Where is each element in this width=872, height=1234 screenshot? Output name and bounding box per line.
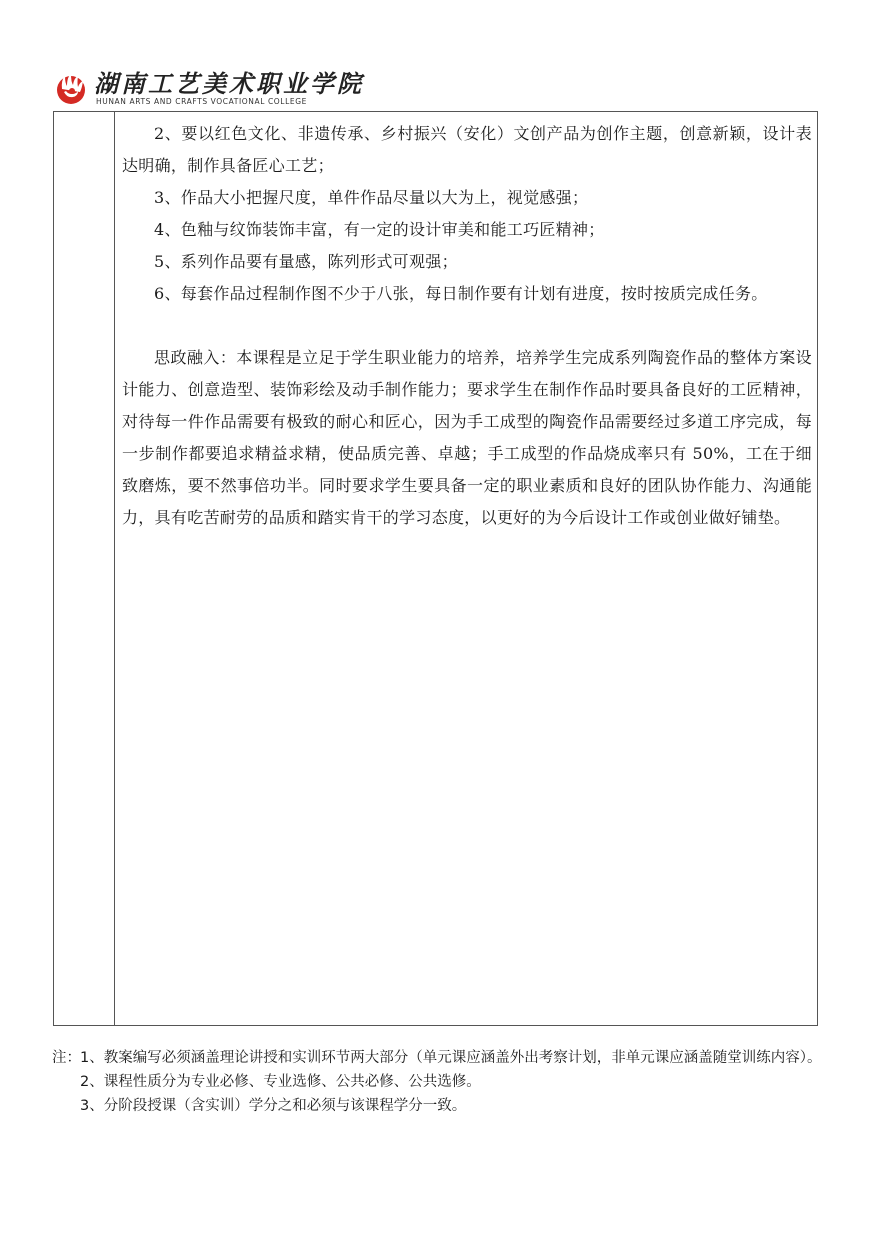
college-logo-icon — [54, 71, 88, 105]
note-row-1: 注： 1、教案编写必须涵盖理论讲授和实训环节两大部分（单元课应涵盖外出考察计划，… — [52, 1046, 827, 1070]
note-item-2: 2、课程性质分为专业必修、专业选修、公共必修、公共选修。 — [80, 1070, 827, 1094]
college-name-cn: 湖南工艺美术职业学院 — [94, 71, 364, 97]
table-label-cell — [54, 112, 115, 1025]
footnotes: 注： 1、教案编写必须涵盖理论讲授和实训环节两大部分（单元课应涵盖外出考察计划，… — [52, 1046, 827, 1118]
requirement-item-6: 6、每套作品过程制作图不少于八张，每日制作要有计划有进度，按时按质完成任务。 — [122, 278, 812, 310]
college-name-en: Hunan Arts and Crafts Vocational College — [96, 97, 364, 106]
requirement-item-4: 4、色釉与纹饰装饰丰富，有一定的设计审美和能工巧匠精神； — [122, 214, 812, 246]
note-prefix-spacer — [52, 1094, 80, 1118]
note-prefix: 注： — [52, 1046, 80, 1070]
requirement-item-5: 5、系列作品要有量感，陈列形式可观强； — [122, 246, 812, 278]
note-prefix-spacer — [52, 1070, 80, 1094]
note-item-1: 1、教案编写必须涵盖理论讲授和实训环节两大部分（单元课应涵盖外出考察计划，非单元… — [80, 1046, 827, 1070]
paragraph-spacer — [122, 310, 812, 342]
note-item-3: 3、分阶段授课（含实训）学分之和必须与该课程学分一致。 — [80, 1094, 827, 1118]
requirement-item-2: 2、要以红色文化、非遗传承、乡村振兴（安化）文创产品为创作主题，创意新颖，设计表… — [122, 118, 812, 182]
ideology-paragraph: 思政融入：本课程是立足于学生职业能力的培养，培养学生完成系列陶瓷作品的整体方案设… — [122, 342, 812, 534]
note-row-2: 2、课程性质分为专业必修、专业选修、公共必修、公共选修。 — [52, 1070, 827, 1094]
requirement-item-3: 3、作品大小把握尺度，单件作品尽量以大为上，视觉感强； — [122, 182, 812, 214]
page-header: 湖南工艺美术职业学院 Hunan Arts and Crafts Vocatio… — [54, 68, 364, 108]
table-content-cell: 2、要以红色文化、非遗传承、乡村振兴（安化）文创产品为创作主题，创意新颖，设计表… — [122, 118, 812, 534]
lesson-plan-table: 2、要以红色文化、非遗传承、乡村振兴（安化）文创产品为创作主题，创意新颖，设计表… — [53, 111, 818, 1026]
note-row-3: 3、分阶段授课（含实训）学分之和必须与该课程学分一致。 — [52, 1094, 827, 1118]
